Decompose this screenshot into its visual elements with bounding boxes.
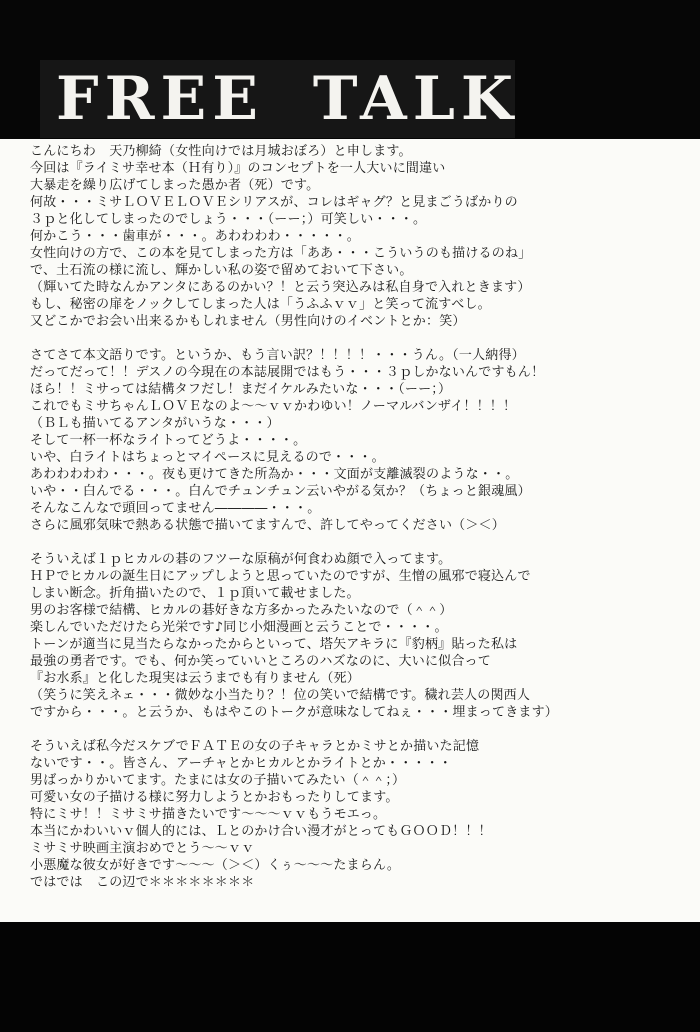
paragraph: こんにちわ 天乃柳綺（女性向けでは月城おぼろ）と申します。今回は『ライミサ幸せ本…	[30, 143, 688, 330]
text-line: そういえば１ｐヒカルの碁のフツーな原稿が何食わぬ顔で入ってます。	[30, 551, 688, 568]
text-line: （ＢＬも描いてるアンタがいうな・・・）	[30, 415, 688, 432]
body-text: こんにちわ 天乃柳綺（女性向けでは月城おぼろ）と申します。今回は『ライミサ幸せ本…	[30, 143, 688, 908]
text-line: 小悪魔な彼女が好きです～～～（＞＜）くぅ～～～たまらん。	[30, 857, 688, 874]
text-line: ないです・・。皆さん、アーチャとかヒカルとかライトとか・・・・・	[30, 755, 688, 772]
text-line: 女性向けの方で、この本を見てしまった方は「ああ・・・こういうのも描けるのね」	[30, 245, 688, 262]
text-line: ３ｐと化してしまったのでしょう・・・（ーー；）可笑しい・・・。	[30, 211, 688, 228]
text-line: ＨＰでヒカルの誕生日にアップしようと思っていたのですが、生憎の風邪で寝込んで	[30, 568, 688, 585]
text-line: さてさて本文語りです。というか、もう言い訳？！！！！・・・うん。（一人納得）	[30, 347, 688, 364]
text-line: そんなこんなで頭回ってません――――・・・。	[30, 500, 688, 517]
text-line: だってだって！！デスノの今現在の本誌展開ではもう・・・３ｐしかないんですもん！	[30, 364, 688, 381]
text-line: 男のお客様で結構、ヒカルの碁好きな方多かったみたいなので（＾＾）	[30, 602, 688, 619]
text-line: ですから・・・。と云うか、もはやこのトークが意味なしてねぇ・・・埋まってきます）	[30, 704, 688, 721]
text-line: 本当にかわいいｖ個人的には、Ｌとのかけ合い漫才がとってもＧＯＯＤ！！！	[30, 823, 688, 840]
text-line: これでもミサちゃんＬＯＶＥなのよ～～ｖｖかわゆい！ノーマルバンザイ！！！！	[30, 398, 688, 415]
text-line: いや、白ライトはちょっとマイペースに見えるので・・・。	[30, 449, 688, 466]
footer-bar	[0, 922, 700, 1032]
paragraph: そういえば１ｐヒカルの碁のフツーな原稿が何食わぬ顔で入ってます。ＨＰでヒカルの誕…	[30, 551, 688, 721]
text-line: もし、秘密の扉をノックしてしまった人は「うふふｖｖ」と笑って流すべし。	[30, 296, 688, 313]
text-line: （笑うに笑えネェ・・・微妙な小当たり？！位の笑いで結構です。穢れ芸人の関西人	[30, 687, 688, 704]
text-line: 又どこかでお会い出来るかもしれません（男性向けのイベントとか：笑）	[30, 313, 688, 330]
text-line: こんにちわ 天乃柳綺（女性向けでは月城おぼろ）と申します。	[30, 143, 688, 160]
text-line: （輝いてた時なんかアンタにあるのかい？！と云う突込みは私自身で入れときます）	[30, 279, 688, 296]
text-line: いや・・白んでる・・・。白んでチュンチュン云いやがる気か？（ちょっと銀魂風）	[30, 483, 688, 500]
text-line: そういえば私今だスケブでＦＡＴＥの女の子キャラとかミサとか描いた記憶	[30, 738, 688, 755]
text-line: 特にミサ！！ミサミサ描きたいです～～～ｖｖもうモエっ。	[30, 806, 688, 823]
text-line: 『お水系』と化した現実は云うまでも有りません（死）	[30, 670, 688, 687]
paragraph: そういえば私今だスケブでＦＡＴＥの女の子キャラとかミサとか描いた記憶ないです・・…	[30, 738, 688, 891]
text-line: 何故・・・ミサＬＯＶＥＬＯＶＥシリアスが、コレはギャグ？と見まごうばかりの	[30, 194, 688, 211]
title-plate: FREE TALK	[40, 60, 515, 138]
text-line: トーンが適当に見当たらなかったからといって、塔矢アキラに『豹柄』貼った私は	[30, 636, 688, 653]
text-line: しまい断念。折角描いたので、１ｐ頂いて載せました。	[30, 585, 688, 602]
title-banner: FREE TALK	[0, 0, 700, 139]
page-title: FREE TALK	[40, 69, 519, 129]
text-line: 何かこう・・・歯車が・・・。あわわわわ・・・・・。	[30, 228, 688, 245]
text-line: ほら！！ミサっては結構タフだし！まだイケルみたいな・・・（ーー；）	[30, 381, 688, 398]
text-line: さらに風邪気味で熱ある状態で描いてますんで、許してやってください（＞＜）	[30, 517, 688, 534]
text-line: で、土石流の様に流し、輝かしい私の姿で留めておいて下さい。	[30, 262, 688, 279]
text-line: あわわわわわ・・・。夜も更けてきた所為か・・・文面が支離滅裂のような・・。	[30, 466, 688, 483]
text-line: 今回は『ライミサ幸せ本（Ｈ有り）』のコンセプトを一人大いに間違い	[30, 160, 688, 177]
text-line: 可愛い女の子描ける様に努力しようとかおもったりしてます。	[30, 789, 688, 806]
text-line: 最強の勇者です。でも、何か笑っていいところのハズなのに、大いに似合って	[30, 653, 688, 670]
text-line: ミサミサ映画主演おめでとう～～ｖｖ	[30, 840, 688, 857]
scanned-page: FREE TALK こんにちわ 天乃柳綺（女性向けでは月城おぼろ）と申します。今…	[0, 0, 700, 1032]
paragraph: さてさて本文語りです。というか、もう言い訳？！！！！・・・うん。（一人納得）だっ…	[30, 347, 688, 534]
text-line: 男ばっかりかいてます。たまには女の子描いてみたい（＾＾；）	[30, 772, 688, 789]
text-line: ではでは この辺で＊＊＊＊＊＊＊＊	[30, 874, 688, 891]
text-line: 大暴走を繰り広げてしまった愚か者（死）です。	[30, 177, 688, 194]
text-line: そして一杯一杯なライトってどうよ・・・・。	[30, 432, 688, 449]
text-line: 楽しんでいただけたら光栄です♪同じ小畑漫画と云うことで・・・・。	[30, 619, 688, 636]
